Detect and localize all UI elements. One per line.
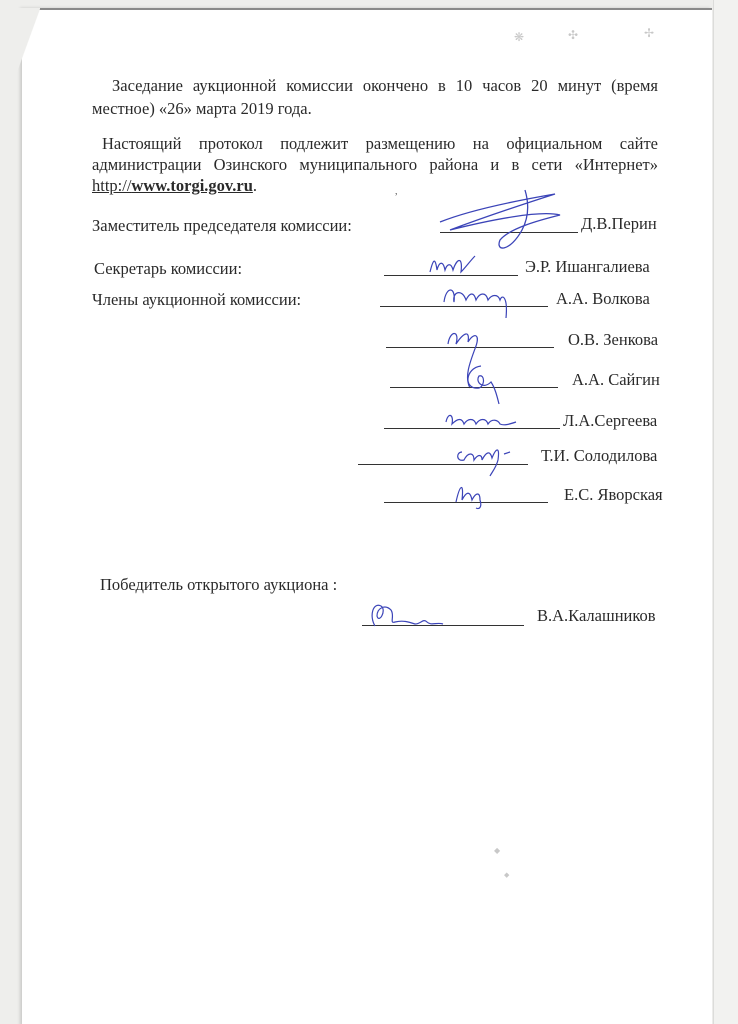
scan-smudge: ❋ — [514, 30, 524, 45]
name-zenkova: О.В. Зенкова — [568, 330, 658, 350]
signature-line — [384, 502, 548, 503]
link-prefix[interactable]: http:// — [92, 176, 131, 195]
signature-line — [358, 464, 528, 465]
name-ishangalieva: Э.Р. Ишангалиева — [525, 257, 650, 277]
name-saygin: А.А. Сайгин — [572, 370, 660, 390]
scan-smudge: ✣ — [568, 28, 578, 43]
name-kalashnikov: В.А.Калашников — [537, 606, 656, 626]
scan-smudge: ◆ — [504, 871, 509, 879]
scan-smudge: ◆ — [494, 846, 500, 855]
closing-statement-line2: местное) «26» марта 2019 года. — [92, 99, 312, 119]
signature-line — [440, 232, 578, 233]
signature-line — [390, 387, 558, 388]
publication-link-row: http://www.torgi.gov.ru. — [92, 176, 257, 196]
name-yavorskaya: Е.С. Яворская — [564, 485, 663, 505]
name-solodilova: Т.И. Солодилова — [541, 446, 657, 466]
publication-statement-line2: администрации Озинского муниципального р… — [92, 155, 658, 175]
signature-line — [380, 306, 548, 307]
scan-edge — [713, 0, 738, 1024]
scan-smudge: ✢ — [644, 26, 654, 41]
signature-line — [384, 275, 518, 276]
role-deputy-chairman: Заместитель председателя комиссии: — [92, 216, 352, 236]
page-fold — [0, 8, 40, 98]
link-suffix: . — [253, 176, 257, 195]
stray-mark: , — [395, 186, 398, 197]
signature-line — [386, 347, 554, 348]
winner-label: Победитель открытого аукциона : — [100, 575, 337, 595]
name-volkova: А.А. Волкова — [556, 289, 650, 309]
closing-statement-line1: Заседание аукционной комиссии окончено в… — [92, 76, 658, 96]
name-perin: Д.В.Перин — [581, 214, 657, 234]
publication-statement-line1: Настоящий протокол подлежит размещению н… — [92, 134, 658, 154]
role-commission-members: Члены аукционной комиссии: — [92, 290, 301, 310]
torgi-link[interactable]: www.torgi.gov.ru — [131, 176, 252, 195]
name-sergeeva: Л.А.Сергеева — [563, 411, 657, 431]
signature-line — [362, 625, 524, 626]
role-secretary: Секретарь комиссии: — [94, 259, 242, 279]
signature-line — [384, 428, 560, 429]
